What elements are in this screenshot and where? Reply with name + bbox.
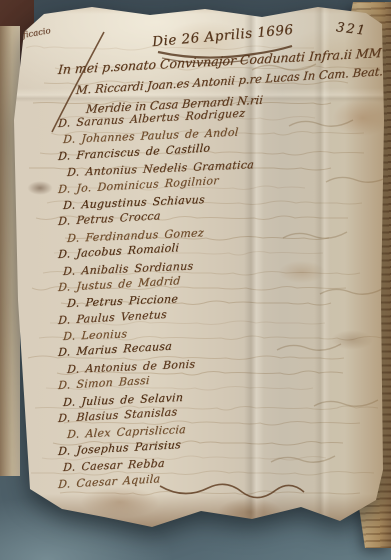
top-edge-browning — [0, 0, 391, 14]
paper-wrap: Ratificacio Die 26 Aprilis 1696 321 In m… — [0, 0, 391, 560]
manuscript-photograph: Ratificacio Die 26 Aprilis 1696 321 In m… — [0, 0, 391, 560]
attendee-list: D. Saranus Albertus RodriguezD. Johannes… — [58, 117, 254, 494]
manuscript-page: Ratificacio Die 26 Aprilis 1696 321 In m… — [0, 0, 391, 560]
